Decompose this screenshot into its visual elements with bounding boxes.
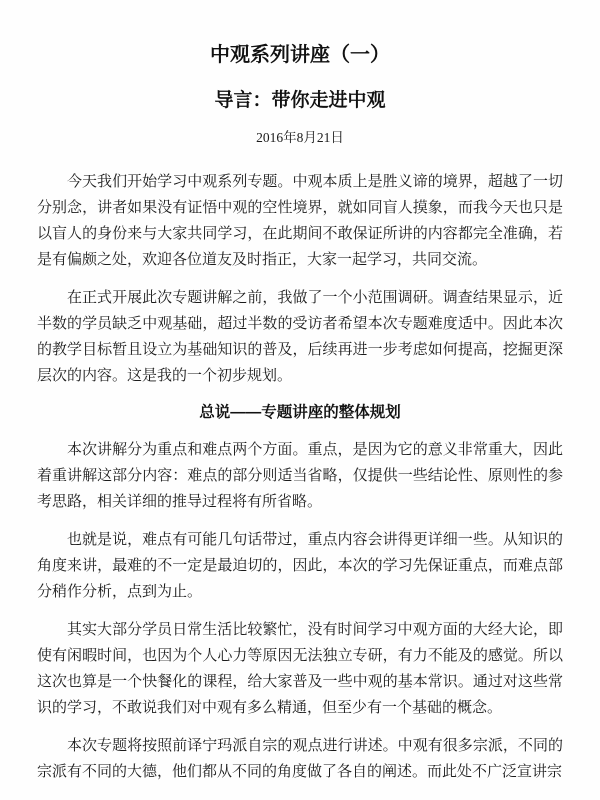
intro-paragraph-1: 今天我们开始学习中观系列专题。中观本质上是胜义谛的境界，超越了一切分别念，讲者如… [37,169,563,273]
intro-paragraph-2: 在正式开展此次专题讲解之前，我做了一个小范围调研。调查结果显示，近半数的学员缺乏… [37,285,563,389]
document-page: 中观系列讲座（一） 导言：带你走进中观 2016年8月21日 今天我们开始学习中… [0,0,600,800]
document-title: 中观系列讲座（一） [37,42,563,68]
section-heading: 总说——专题讲座的整体规划 [37,401,563,425]
document-date: 2016年8月21日 [37,129,563,147]
document-subtitle: 导言：带你走进中观 [37,88,563,113]
section-paragraph-3: 其实大部分学员日常生活比较繁忙，没有时间学习中观方面的大经大论，即使有闲暇时间，… [37,617,563,721]
section-paragraph-4: 本次专题将按照前译宁玛派自宗的观点进行讲述。中观有很多宗派，不同的宗派有不同的大… [37,733,563,785]
section-paragraph-1: 本次讲解分为重点和难点两个方面。重点，是因为它的意义非常重大，因此着重讲解这部分… [37,437,563,515]
section-paragraph-2: 也就是说，难点有可能几句话带过，重点内容会讲得更详细一些。从知识的角度来讲，最难… [37,527,563,605]
